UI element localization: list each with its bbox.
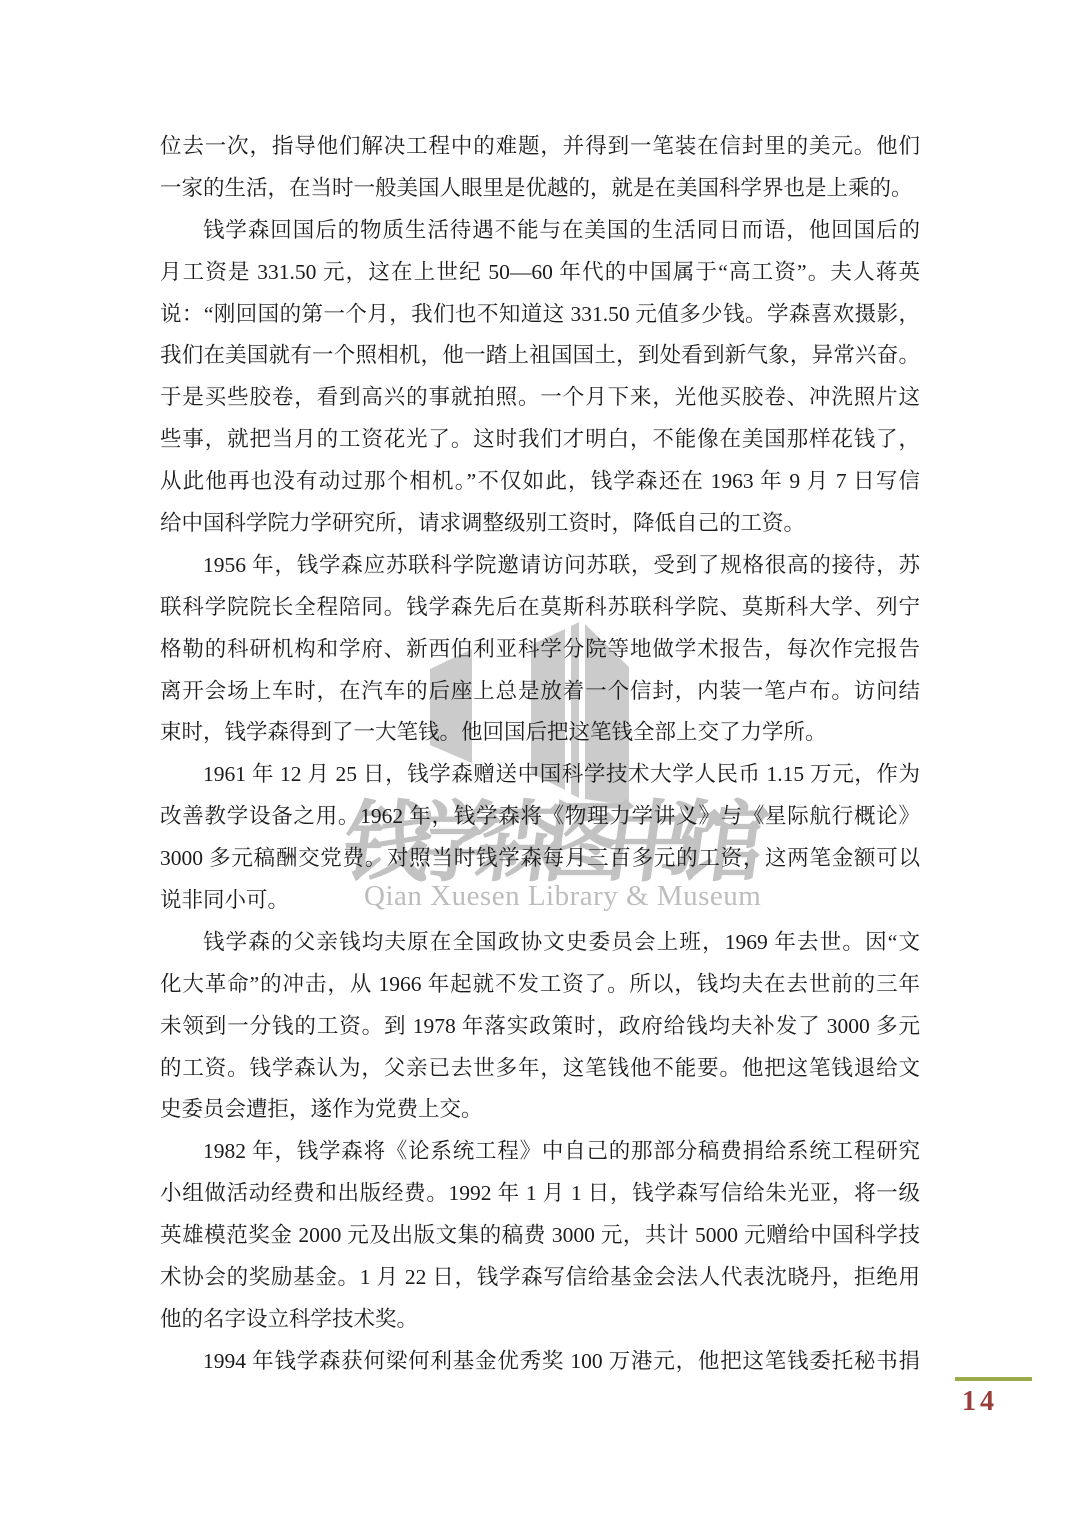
document-page: 钱学森图书馆 Qian Xuesen Library & Museum 位去一次… [0,0,1074,1520]
text-line: 于是买些胶卷，看到高兴的事就拍照。一个月下来，光他买胶卷、冲洗照片这 [160,377,920,419]
text-line: 格勒的科研机构和学府、新西伯利亚科学分院等地做学术报告，每次作完报告 [160,629,920,671]
text-line: 离开会场上车时，在汽车的后座上总是放着一个信封，内装一笔卢布。访问结 [160,671,920,713]
text-line: 说非同小可。 [160,880,920,922]
text-line: 的工资。钱学森认为，父亲已去世多年，这笔钱他不能要。他把这笔钱退给文 [160,1048,920,1090]
body-text-block: 位去一次，指导他们解决工程中的难题，并得到一笔装在信封里的美元。他们一家的生活，… [160,126,920,1383]
text-line: 1956 年，钱学森应苏联科学院邀请访问苏联，受到了规格很高的接待，苏 [160,545,920,587]
text-line: 钱学森回国后的物质生活待遇不能与在美国的生活同日而语，他回国后的 [160,210,920,252]
text-line: 钱学森的父亲钱均夫原在全国政协文史委员会上班，1969 年去世。因“文 [160,922,920,964]
text-line: 一家的生活，在当时一般美国人眼里是优越的，就是在美国科学界也是上乘的。 [160,168,920,210]
text-line: 月工资是 331.50 元，这在上世纪 50—60 年代的中国属于“高工资”。夫… [160,252,920,294]
text-line: 说：“刚回国的第一个月，我们也不知道这 331.50 元值多少钱。学森喜欢摄影， [160,294,920,336]
text-line: 从此他再也没有动过那个相机。”不仅如此，钱学森还在 1963 年 9 月 7 日… [160,461,920,503]
footer-divider-line [955,1377,1032,1381]
text-line: 些事，就把当月的工资花光了。这时我们才明白，不能像在美国那样花钱了， [160,419,920,461]
text-line: 史委员会遭拒，遂作为党费上交。 [160,1089,920,1131]
text-line: 束时，钱学森得到了一大笔钱。他回国后把这笔钱全部上交了力学所。 [160,712,920,754]
text-line: 改善教学设备之用。1962 年，钱学森将《物理力学讲义》与《星际航行概论》 [160,796,920,838]
text-line: 术协会的奖励基金。1 月 22 日，钱学森写信给基金会法人代表沈晓丹，拒绝用 [160,1257,920,1299]
text-line: 化大革命”的冲击，从 1966 年起就不发工资了。所以，钱均夫在去世前的三年 [160,964,920,1006]
text-line: 他的名字设立科学技术奖。 [160,1299,920,1341]
text-line: 给中国科学院力学研究所，请求调整级别工资时，降低自己的工资。 [160,503,920,545]
text-line: 联科学院院长全程陪同。钱学森先后在莫斯科苏联科学院、莫斯科大学、列宁 [160,587,920,629]
text-line: 1994 年钱学森获何梁何利基金优秀奖 100 万港元，他把这笔钱委托秘书捐 [160,1341,920,1383]
text-line: 位去一次，指导他们解决工程中的难题，并得到一笔装在信封里的美元。他们 [160,126,920,168]
page-number: 14 [940,1386,1020,1418]
text-line: 小组做活动经费和出版经费。1992 年 1 月 1 日，钱学森写信给朱光亚，将一… [160,1173,920,1215]
text-line: 英雄模范奖金 2000 元及出版文集的稿费 3000 元，共计 5000 元赠给… [160,1215,920,1257]
text-line: 未领到一分钱的工资。到 1978 年落实政策时，政府给钱均夫补发了 3000 多… [160,1006,920,1048]
text-line: 1982 年，钱学森将《论系统工程》中自己的那部分稿费捐给系统工程研究 [160,1131,920,1173]
text-line: 1961 年 12 月 25 日，钱学森赠送中国科学技术大学人民币 1.15 万… [160,754,920,796]
text-line: 3000 多元稿酬交党费。对照当时钱学森每月三百多元的工资，这两笔金额可以 [160,838,920,880]
text-line: 我们在美国就有一个照相机，他一踏上祖国国土，到处看到新气象，异常兴奋。 [160,335,920,377]
